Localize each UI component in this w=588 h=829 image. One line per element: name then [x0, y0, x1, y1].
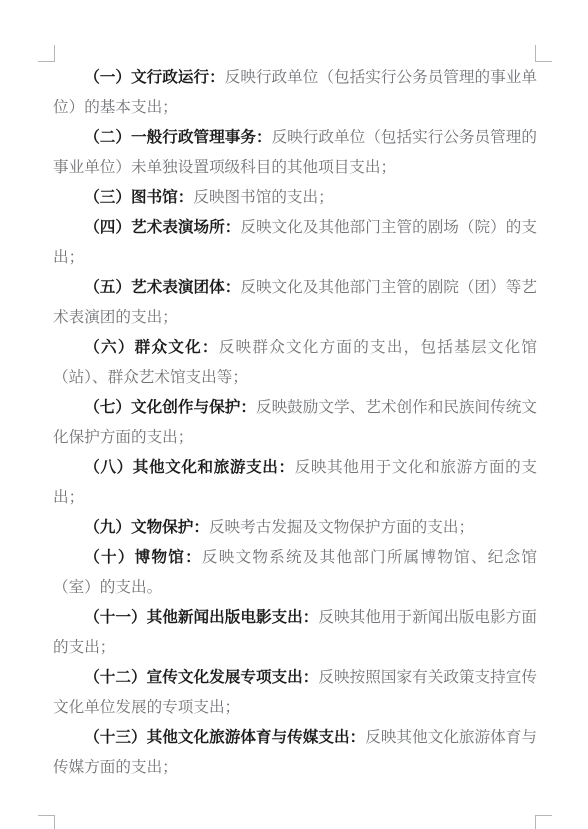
paragraph-heading: （九）文物保护：	[84, 519, 209, 536]
crop-mark-bottom-left	[38, 815, 55, 829]
document-page: （一）文行政运行：反映行政单位（包括实行公务员管理的事业单位）的基本支出； （二…	[0, 0, 588, 829]
crop-mark-top-right	[535, 45, 552, 62]
paragraph: （二）一般行政管理事务：反映行政单位（包括实行公务员管理的事业单位）未单独设置项…	[53, 123, 537, 183]
paragraph-heading: （八）其他文化和旅游支出：	[84, 459, 295, 476]
paragraph-heading: （十）博物馆：	[84, 549, 202, 566]
paragraph-heading: （六）群众文化：	[84, 339, 219, 356]
paragraph: （九）文物保护：反映考古发掘及文物保护方面的支出；	[53, 513, 537, 543]
paragraph: （十二）宣传文化发展专项支出：反映按照国家有关政策支持宣传文化单位发展的专项支出…	[53, 663, 537, 723]
paragraph-heading: （五）艺术表演团体：	[84, 279, 240, 296]
paragraph-heading: （十三）其他文化旅游体育与传媒支出：	[84, 729, 365, 746]
paragraph-heading: （二）一般行政管理事务：	[84, 129, 271, 146]
paragraph-heading: （七）文化创作与保护：	[84, 399, 256, 416]
crop-mark-top-left	[38, 45, 55, 62]
paragraph-body: 反映图书馆的支出；	[193, 189, 333, 206]
paragraph-heading: （四）艺术表演场所：	[84, 219, 240, 236]
paragraph-heading: （三）图书馆：	[84, 189, 193, 206]
paragraph: （五）艺术表演团体：反映文化及其他部门主管的剧院（团）等艺术表演团的支出；	[53, 273, 537, 333]
paragraph: （七）文化创作与保护：反映鼓励文学、艺术创作和民族间传统文化保护方面的支出；	[53, 393, 537, 453]
paragraph-body: 反映考古发掘及文物保护方面的支出；	[209, 519, 474, 536]
paragraph: （一）文行政运行：反映行政单位（包括实行公务员管理的事业单位）的基本支出；	[53, 63, 537, 123]
paragraph-heading: （一）文行政运行：	[84, 69, 225, 86]
paragraph: （十）博物馆：反映文物系统及其他部门所属博物馆、纪念馆（室）的支出。	[53, 543, 537, 603]
paragraph: （十三）其他文化旅游体育与传媒支出：反映其他文化旅游体育与传媒方面的支出；	[53, 723, 537, 783]
paragraph: （十一）其他新闻出版电影支出：反映其他用于新闻出版电影方面的支出；	[53, 603, 537, 663]
paragraph-heading: （十一）其他新闻出版电影支出：	[84, 609, 318, 626]
document-body-text: （一）文行政运行：反映行政单位（包括实行公务员管理的事业单位）的基本支出； （二…	[53, 63, 537, 783]
paragraph-heading: （十二）宣传文化发展专项支出：	[84, 669, 318, 686]
paragraph: （八）其他文化和旅游支出：反映其他用于文化和旅游方面的支出；	[53, 453, 537, 513]
crop-mark-bottom-right	[535, 815, 552, 829]
paragraph: （四）艺术表演场所：反映文化及其他部门主管的剧场（院）的支出；	[53, 213, 537, 273]
paragraph: （三）图书馆：反映图书馆的支出；	[53, 183, 537, 213]
paragraph: （六）群众文化：反映群众文化方面的支出，包括基层文化馆（站）、群众艺术馆支出等；	[53, 333, 537, 393]
